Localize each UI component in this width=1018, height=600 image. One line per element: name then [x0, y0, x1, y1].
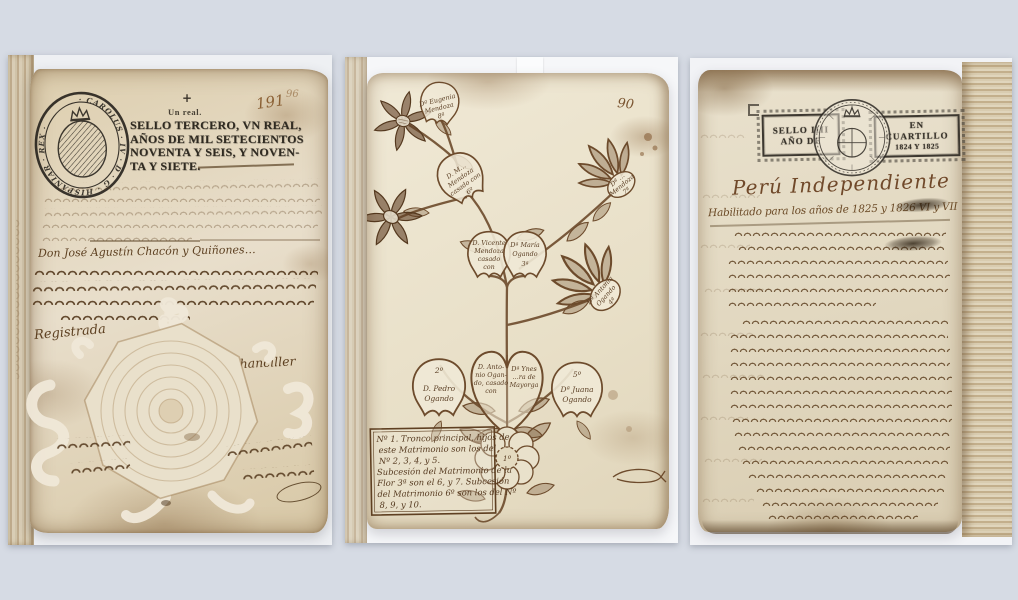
flower-genealogy-drawing: 90	[367, 73, 669, 529]
flower-bell-maria: Dª María Ogando 3ª	[504, 232, 546, 277]
handwriting-line	[34, 265, 318, 275]
flower-lily-mendoza: Dª … Mendoza 7ª	[563, 124, 655, 215]
folio-number: 191	[255, 91, 286, 113]
handwriting-line	[730, 400, 952, 408]
svg-text:Dª Juana: Dª Juana	[559, 385, 593, 394]
book-spine	[345, 57, 367, 543]
photo-left-document: · CAROLUS · IV · D · G · HISPANIAR · REX…	[8, 55, 332, 545]
handwriting-line	[742, 316, 948, 324]
handwriting-line	[748, 470, 946, 478]
svg-text:do, casado: do, casado	[474, 379, 509, 387]
svg-text:D. Anto-: D. Anto-	[477, 363, 504, 371]
svg-text:Ogando: Ogando	[512, 250, 537, 258]
svg-text:Mendoza: Mendoza	[473, 247, 504, 255]
svg-text:con: con	[485, 387, 497, 395]
folio-number: 90	[617, 96, 635, 113]
handwriting-line	[734, 228, 946, 236]
flower-bell-juana: 5º Dª Juana Ogando	[552, 363, 602, 417]
svg-text:…ra de: …ra de	[512, 373, 535, 381]
book-fore-edge	[962, 62, 1012, 537]
manuscript-page-right: SELLO IIII AÑO DE EN CUARTILLO 1824 Y 18…	[698, 70, 962, 532]
handwriting-line	[734, 428, 950, 436]
stamp-line: EN	[909, 120, 924, 130]
flower-bell-pedro: 2º D. Pedro Ogando	[413, 359, 465, 415]
svg-text:D. Pedro: D. Pedro	[422, 384, 456, 393]
ink-rule	[90, 240, 200, 242]
fee-caption: Un real.	[168, 107, 202, 117]
handwriting-line	[44, 194, 320, 202]
handwriting-line	[730, 344, 950, 352]
handwriting-line	[42, 220, 318, 228]
printed-line: AÑOS DE MIL SETECIENTOS	[130, 133, 312, 147]
ink-smudge	[884, 234, 943, 253]
svg-text:D. Vicente: D. Vicente	[471, 239, 506, 247]
svg-text:Dª Ynes: Dª Ynes	[510, 365, 537, 373]
svg-text:Ogando: Ogando	[424, 394, 454, 403]
pen-flourish	[613, 469, 666, 482]
svg-text:nio Ogan-: nio Ogan-	[475, 371, 506, 379]
handwriting-line	[756, 484, 944, 492]
handwriting-line	[730, 386, 952, 394]
heading-peru-independiente: Perú Independiente	[732, 168, 951, 200]
handwriting-line	[702, 494, 754, 502]
svg-text:3ª: 3ª	[521, 260, 528, 268]
handwriting-line	[730, 330, 948, 338]
round-royal-seal	[810, 92, 894, 180]
svg-text:este Matrimonio son los del: este Matrimonio son los del	[379, 443, 497, 455]
stamp-line: 1824 Y 1825	[895, 142, 939, 153]
handwriting-line	[728, 270, 950, 278]
photo-right-document: SELLO IIII AÑO DE EN CUARTILLO 1824 Y 18…	[690, 58, 1012, 545]
flower-antonia: Dª Antonia Ogando 4ª	[535, 226, 642, 334]
manuscripts-collage: · CAROLUS · IV · D · G · HISPANIAR · REX…	[0, 0, 1018, 600]
handwriting-line	[738, 442, 950, 450]
star-flower-faded	[367, 176, 431, 258]
svg-text:2º: 2º	[434, 366, 444, 375]
manuscript-page-left: · CAROLUS · IV · D · G · HISPANIAR · REX…	[30, 69, 328, 533]
svg-text:5º: 5º	[573, 370, 582, 379]
svg-text:Dª María: Dª María	[509, 241, 540, 249]
printed-line: SELLO TERCERO, VN REAL,	[130, 119, 312, 133]
handwriting-line	[728, 284, 948, 292]
svg-text:Nº 2, 3, 4, y 5.: Nº 2, 3, 4, y 5.	[378, 455, 440, 466]
handwriting-line	[732, 414, 952, 422]
stamp-line: CUARTILLO	[885, 130, 948, 141]
handwriting-line	[32, 279, 316, 292]
handwriting-line	[728, 256, 948, 264]
handwriting-line	[730, 372, 952, 380]
crown-icon	[70, 107, 89, 119]
body-opening-line: Don José Agustín Chacón y Quiñones…	[38, 243, 256, 260]
svg-text:casado: casado	[478, 255, 501, 263]
flower-tulip-mendoza: D. M… Mendoza casado con 6º	[430, 145, 492, 208]
flower-heart-marriage: D. Anto- nio Ogan- do, casado con Dª Yne…	[471, 352, 542, 435]
handwriting-line	[742, 456, 948, 464]
manuscript-page-tree: 90	[367, 73, 669, 529]
svg-text:1º: 1º	[503, 454, 512, 463]
handwriting-line	[700, 130, 746, 138]
folio-number-alt: 96	[286, 89, 299, 100]
svg-text:con: con	[483, 263, 495, 271]
photo-middle-family-tree: 90	[345, 57, 678, 543]
svg-text:8, 9, y 10.: 8, 9, y 10.	[379, 499, 421, 510]
handwriting-line	[768, 511, 918, 519]
legend-box: Nº 1. Tronco principal, hijos de este Ma…	[370, 427, 517, 516]
printed-line: NOVENTA Y SEIS, Y NOVEN-	[130, 146, 312, 160]
svg-text:Mayorga: Mayorga	[509, 381, 539, 389]
ink-rule	[200, 239, 320, 241]
ink-rule	[710, 219, 950, 227]
handwriting-line	[44, 206, 322, 216]
handwriting-line	[728, 298, 876, 306]
cross-mark: +	[182, 91, 192, 105]
handwriting-line	[730, 358, 950, 366]
handwriting-line	[762, 498, 938, 506]
stamp-corner-mark	[748, 104, 759, 116]
svg-text:Ogando: Ogando	[562, 395, 592, 404]
